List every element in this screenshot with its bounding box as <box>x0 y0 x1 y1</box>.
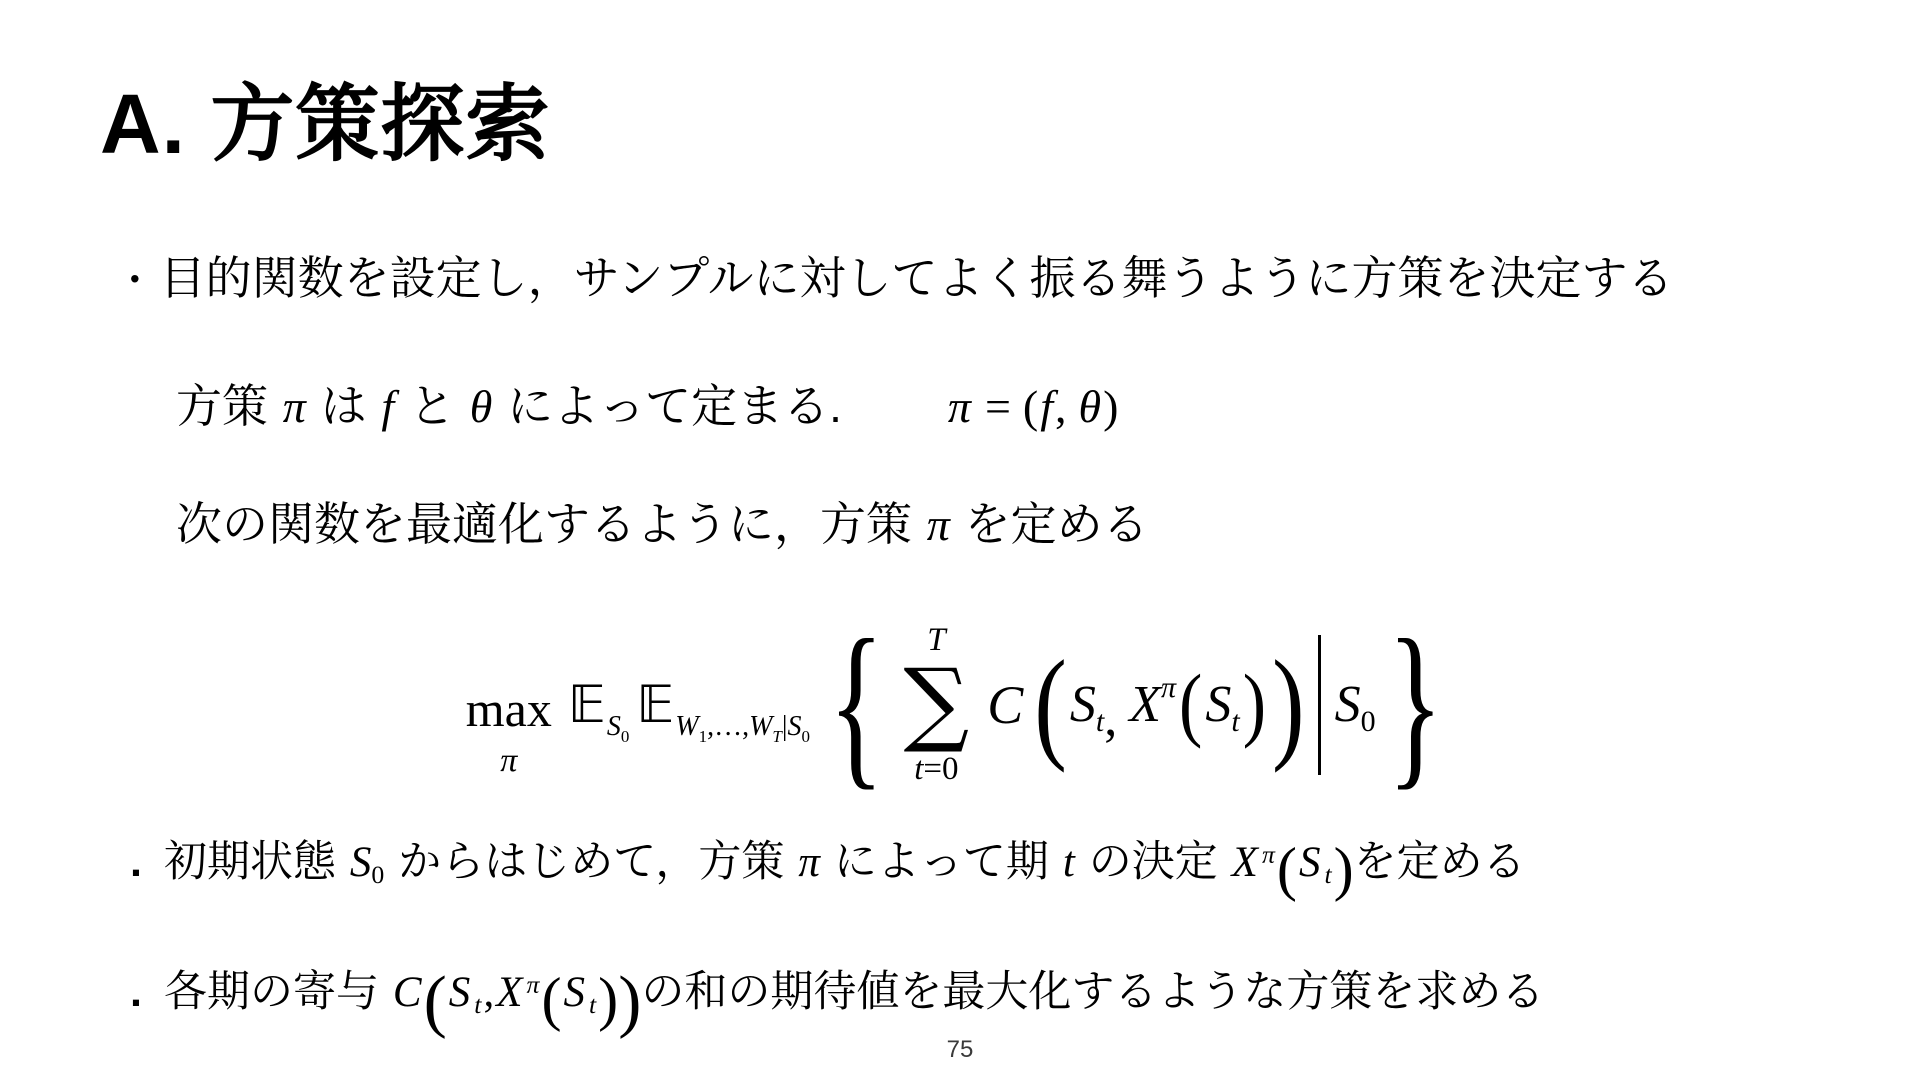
t-symbol: t <box>1063 839 1075 886</box>
t-subscript: t <box>1096 707 1104 737</box>
objective-formula: maxπ 𝔼S0 𝔼W1,…,WT|S0 { T∑t=0 C ( St , Xπ… <box>0 610 1920 800</box>
inner-open-paren: ( <box>541 966 561 1033</box>
equals-sign: = <box>985 381 1011 432</box>
pi-superscript: π <box>1161 673 1176 703</box>
zero-subscript: 0 <box>621 728 630 745</box>
W-symbol: W <box>675 713 698 741</box>
comma: , <box>1055 381 1067 432</box>
conditional-bar <box>1318 635 1321 775</box>
zero-subscript: 0 <box>1361 707 1376 737</box>
t-subscript: t <box>1231 707 1239 737</box>
outer-close-paren: ) <box>618 963 641 1040</box>
pi-symbol: π <box>927 499 950 550</box>
text-segment: と <box>396 380 468 432</box>
zero-subscript: 0 <box>801 728 810 745</box>
blackboard-E: 𝔼 <box>568 679 606 731</box>
T-subscript: T <box>772 728 781 745</box>
page-number: 75 <box>0 1036 1920 1064</box>
text-segment: 初期状態 <box>164 838 348 886</box>
text-segment: の決定 <box>1077 838 1230 886</box>
bullet-dot-icon: • <box>130 263 140 294</box>
line-optimize: 次の関数を最適化するように，方策 π を定める <box>176 496 1149 554</box>
max-operator: maxπ <box>466 684 552 778</box>
slide-title: A. 方策探索 <box>100 76 550 173</box>
outer-open-paren: ( <box>424 963 447 1040</box>
equation-pi-f-theta: π=(f,θ) <box>946 380 1119 432</box>
mid-open-paren: ( <box>1179 664 1202 747</box>
right-brace: } <box>1387 614 1443 797</box>
bullet-initial-state: .初期状態 S0 からはじめて，方策 π によって期 t の決定 Xπ(St)を… <box>130 836 1526 890</box>
S-symbol: S <box>787 713 801 741</box>
line-policy-definition: 方策 π は f と θ によって定まる.π=(f,θ) <box>176 378 1118 436</box>
bullet-period-icon: . <box>130 968 142 1016</box>
pi-symbol: π <box>283 381 306 432</box>
pi-symbol: π <box>948 381 971 432</box>
comma: , <box>483 969 494 1016</box>
text-segment: によって期 <box>822 838 1061 886</box>
contribution-math: C(St,Xπ(St)) <box>391 968 642 1016</box>
S-symbol: S <box>1070 679 1096 731</box>
open-paren: ( <box>1277 836 1297 903</box>
W-symbol: W <box>749 713 772 741</box>
close-paren: ) <box>1103 381 1118 432</box>
text-segment: 次の関数を最適化するように，方策 <box>176 498 925 550</box>
text-segment: を定める <box>1354 838 1526 886</box>
max-label: max <box>466 684 552 734</box>
text-segment: を定める <box>952 498 1149 550</box>
comma: , <box>1104 693 1117 745</box>
bullet-period-icon: . <box>130 838 142 886</box>
equals-zero: =0 <box>923 753 958 786</box>
inner-close-paren: ) <box>598 966 618 1033</box>
pi-symbol: π <box>798 839 820 886</box>
state-argument: St <box>1205 679 1239 731</box>
one-subscript: 1 <box>699 728 708 745</box>
bullet-contribution: .各期の寄与 C(St,Xπ(St))の和の期待値を最大化するような方策を求める <box>130 966 1544 1020</box>
text-segment: は <box>308 380 380 432</box>
state-argument: St <box>1070 679 1104 731</box>
left-brace: { <box>828 614 884 797</box>
summation-operator: T∑t=0 <box>904 624 970 785</box>
dots: ,…, <box>707 713 749 741</box>
big-close-paren: ) <box>1272 642 1305 767</box>
mid-close-paren: ) <box>1243 664 1266 747</box>
text-segment: 各期の寄与 <box>164 968 391 1016</box>
text-segment: 方策 <box>176 380 281 432</box>
slide-canvas: A. 方策探索 •目的関数を設定し，サンプルに対してよく振る舞うように方策を決定… <box>0 0 1920 1080</box>
text-segment: の和の期待値を最大化するような方策を求める <box>641 968 1544 1016</box>
sigma-icon: ∑ <box>904 665 970 740</box>
text-segment: からはじめて，方策 <box>386 838 796 886</box>
open-paren: ( <box>1023 381 1038 432</box>
big-open-paren: ( <box>1034 642 1067 767</box>
decision-function: Xπ <box>1129 679 1176 731</box>
close-paren: ) <box>1334 836 1354 903</box>
initial-state: S0 <box>1335 679 1376 731</box>
expectation-w: 𝔼W1,…,WT|S0 <box>636 679 817 731</box>
X-symbol: X <box>1129 679 1161 731</box>
S-symbol: S <box>1205 679 1231 731</box>
blackboard-E: 𝔼 <box>636 679 674 731</box>
S-symbol: S <box>1335 679 1361 731</box>
f-symbol: f <box>1040 381 1053 432</box>
bullet-objective: •目的関数を設定し，サンプルに対してよく振る舞うように方策を決定する <box>130 250 1674 308</box>
bullet-objective-text: 目的関数を設定し，サンプルに対してよく振る舞うように方策を決定する <box>160 252 1674 304</box>
theta-symbol: θ <box>1079 381 1102 432</box>
max-subscript-pi: π <box>500 744 517 778</box>
expectation-s0: 𝔼S0 <box>568 679 636 731</box>
t-symbol: t <box>914 753 923 786</box>
cost-function-C: C <box>987 678 1023 732</box>
S0-symbol: S0 <box>350 839 384 886</box>
decision-math: Xπ(St) <box>1230 838 1354 886</box>
S-symbol: S <box>607 713 621 741</box>
theta-symbol: θ <box>470 381 493 432</box>
f-symbol: f <box>381 381 394 432</box>
text-segment: によって定まる. <box>494 380 842 432</box>
sum-lower-limit: t=0 <box>914 753 958 786</box>
